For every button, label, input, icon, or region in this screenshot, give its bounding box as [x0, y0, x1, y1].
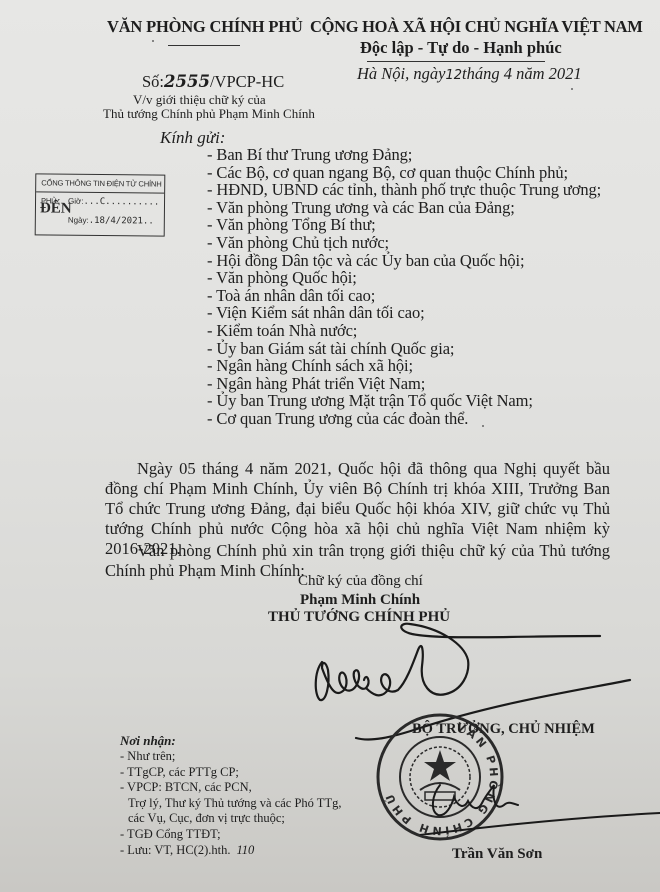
distribution-item: - Như trên; — [120, 749, 341, 765]
addressee-item: - Các Bộ, cơ quan ngang Bộ, cơ quan thuộ… — [207, 164, 601, 182]
distribution-item-text: Trợ lý, Thư ký Thủ tướng và các Phó TTg, — [128, 796, 341, 810]
issuer-name: VĂN PHÒNG CHÍNH PHỦ — [107, 17, 303, 37]
distribution-item-text: - TTgCP, các PTTg CP; — [120, 765, 239, 779]
speck — [152, 40, 154, 42]
doc-number-handwritten: 2555 — [164, 72, 210, 91]
addressee-item: - Hội đồng Dân tộc và các Ủy ban của Quố… — [207, 252, 601, 270]
national-motto: Độc lập - Tự do - Hạnh phúc — [360, 38, 562, 58]
distribution-item-text: các Vụ, Cục, đơn vị trực thuộc; — [128, 811, 285, 825]
nation-title: CỘNG HOÀ XÃ HỘI CHỦ NGHĨA VIỆT NAM — [310, 17, 643, 37]
date-day-handwritten: 12 — [445, 68, 462, 83]
distribution-item: Trợ lý, Thư ký Thủ tướng và các Phó TTg, — [120, 796, 341, 812]
addressee-item: - Ngân hàng Chính sách xã hội; — [207, 357, 601, 375]
addressee-item: - Văn phòng Trung ương và các Ban của Đả… — [207, 199, 601, 217]
date-prefix: Hà Nội, ngày — [357, 64, 445, 83]
doc-number-suffix: /VPCP-HC — [210, 72, 284, 91]
distribution-item-text: - Lưu: VT, HC(2).hth. — [120, 843, 230, 857]
addressee-item: - Ủy ban Giám sát tài chính Quốc gia; — [207, 340, 601, 358]
stamp-time-value: ...C.......... — [83, 197, 159, 208]
minister-name: Trần Văn Sơn — [452, 846, 542, 863]
distribution-item-text: - Như trên; — [120, 749, 175, 763]
handwritten-initials: 110 — [236, 843, 254, 857]
minister-signature-icon — [420, 765, 660, 835]
date-suffix: tháng 4 năm 2021 — [462, 64, 582, 83]
signer-name: Phạm Minh Chính — [300, 592, 420, 609]
distribution-item: các Vụ, Cục, đơn vị trực thuộc; — [120, 811, 341, 827]
stamp-time-label: Giờ: — [68, 197, 84, 206]
stamp-date-label: Ngày: — [68, 216, 89, 225]
addressee-item: - Toà án nhân dân tối cao; — [207, 287, 601, 305]
addressee-item: - Ủy ban Trung ương Mặt trận Tổ quốc Việ… — [207, 392, 601, 410]
place-date: Hà Nội, ngày12tháng 4 năm 2021 — [357, 64, 582, 84]
stamp-date-value: .18/4/2021.. — [89, 216, 154, 227]
subject-line-2: Thủ tướng Chính phủ Phạm Minh Chính — [103, 106, 315, 122]
distribution-item: - Lưu: VT, HC(2).hth.110 — [120, 843, 341, 859]
addressee-item: - Văn phòng Chủ tịch nước; — [207, 234, 601, 252]
distribution-list: - Như trên;- TTgCP, các PTTg CP;- VPCP: … — [120, 749, 341, 858]
distribution-title: Nơi nhận: — [120, 733, 176, 749]
addressee-item: - Viện Kiểm sát nhân dân tối cao; — [207, 304, 601, 322]
addressee-item: - Ban Bí thư Trung ương Đảng; — [207, 146, 601, 164]
minister-role: BỘ TRƯỞNG, CHỦ NHIỆM — [412, 721, 595, 738]
addressee-item: - Cơ quan Trung ương của các đoàn thể. — [207, 410, 601, 428]
speck — [571, 88, 573, 90]
stamp-header: CỔNG THÔNG TIN ĐIỆN TỬ CHÍNH PHỦ — [36, 174, 164, 193]
distribution-item-text: - VPCP: BTCN, các PCN, — [120, 780, 252, 794]
stamp-time: Giờ:...C.......... — [68, 197, 159, 208]
distribution-item: - TGĐ Cổng TTĐT; — [120, 827, 341, 843]
document-number: Số:2555/VPCP-HC — [142, 72, 284, 92]
addressee-item: - Ngân hàng Phát triển Việt Nam; — [207, 375, 601, 393]
distribution-item-text: - TGĐ Cổng TTĐT; — [120, 827, 221, 841]
distribution-item: - TTgCP, các PTTg CP; — [120, 765, 341, 781]
stamp-date: Ngày:.18/4/2021.. — [68, 216, 154, 227]
distribution-item: - VPCP: BTCN, các PCN, — [120, 780, 341, 796]
motto-underline — [367, 61, 545, 62]
receipt-stamp: CỔNG THÔNG TIN ĐIỆN TỬ CHÍNH PHỦ ĐẾN Giờ… — [35, 173, 166, 236]
addressee-item: - Văn phòng Quốc hội; — [207, 269, 601, 287]
signature-label: Chữ ký của đồng chí — [298, 573, 423, 590]
issuer-underline — [168, 45, 240, 46]
speck — [482, 425, 484, 427]
addressee-item: - Văn phòng Tổng Bí thư; — [207, 216, 601, 234]
doc-number-prefix: Số: — [142, 72, 164, 91]
addressee-list: - Ban Bí thư Trung ương Đảng;- Các Bộ, c… — [207, 146, 601, 428]
addressee-item: - HĐND, UBND các tỉnh, thành phố trực th… — [207, 181, 601, 199]
addressee-item: - Kiểm toán Nhà nước; — [207, 322, 601, 340]
